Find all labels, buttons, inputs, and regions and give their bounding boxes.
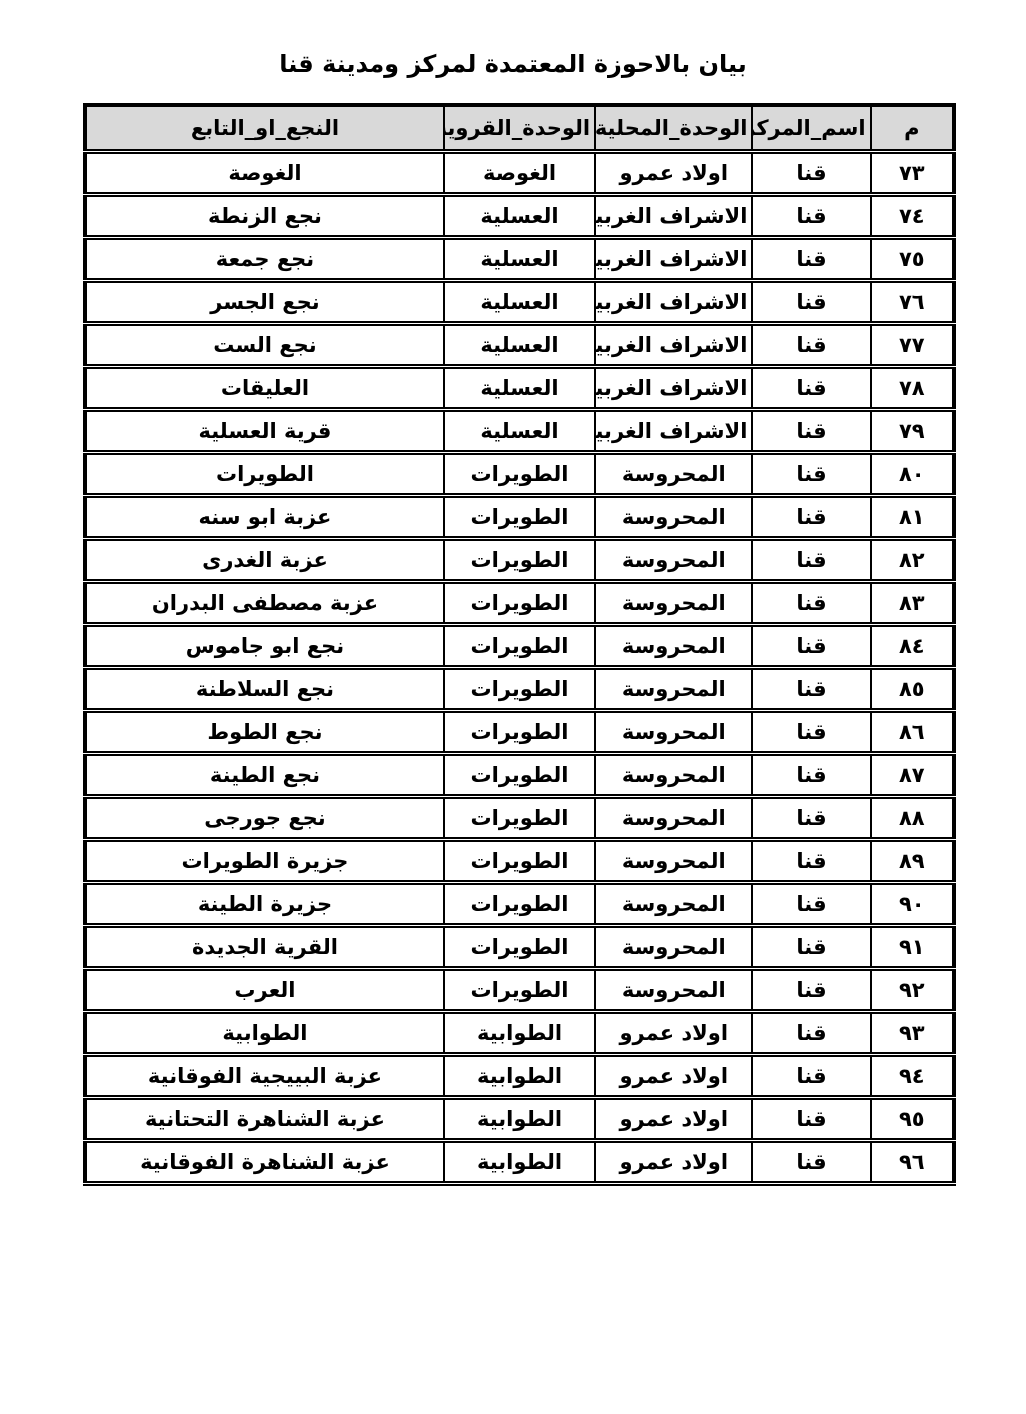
center-name-cell: قنا bbox=[752, 925, 870, 968]
table-row: ٩٤قنااولاد عمروالطوابيةعزبة البييجية الف… bbox=[85, 1054, 954, 1097]
hamlet-cell: نجع الزنطة bbox=[85, 194, 444, 237]
table-row: ٨٢قناالمحروسةالطويراتعزبة الغدرى bbox=[85, 538, 954, 581]
hamlet-cell: نجع الطينة bbox=[85, 753, 444, 796]
row-number-cell: ٨٦ bbox=[871, 710, 954, 753]
center-name-cell: قنا bbox=[752, 667, 870, 710]
table-row: ٩١قناالمحروسةالطويراتالقرية الجديدة bbox=[85, 925, 954, 968]
table-header-row: م اسم_المركز الوحدة_المحلية الوحدة_القرو… bbox=[85, 105, 954, 151]
hamlet-cell: نجع الجسر bbox=[85, 280, 444, 323]
hamlet-cell: جزيرة الطينة bbox=[85, 882, 444, 925]
village-unit-cell: الطويرات bbox=[444, 882, 595, 925]
village-unit-cell: الطوابية bbox=[444, 1140, 595, 1183]
row-number-cell: ٩٦ bbox=[871, 1140, 954, 1183]
center-name-cell: قنا bbox=[752, 194, 870, 237]
village-unit-cell: العسلية bbox=[444, 280, 595, 323]
col-header-village-unit: الوحدة_القروية bbox=[444, 105, 595, 151]
village-unit-cell: الطويرات bbox=[444, 538, 595, 581]
row-number-cell: ٩١ bbox=[871, 925, 954, 968]
row-number-cell: ٨٧ bbox=[871, 753, 954, 796]
local-unit-cell: المحروسة bbox=[595, 538, 752, 581]
table-row: ٧٦قناالاشراف الغربيةالعسليةنجع الجسر bbox=[85, 280, 954, 323]
row-number-cell: ٧٧ bbox=[871, 323, 954, 366]
table-row: ٨٦قناالمحروسةالطويراتنجع الطوط bbox=[85, 710, 954, 753]
hamlet-cell: نجع السلاطنة bbox=[85, 667, 444, 710]
village-unit-cell: العسلية bbox=[444, 194, 595, 237]
village-unit-cell: الطوابية bbox=[444, 1011, 595, 1054]
center-name-cell: قنا bbox=[752, 1011, 870, 1054]
hamlet-cell: نجع ابو جاموس bbox=[85, 624, 444, 667]
center-name-cell: قنا bbox=[752, 452, 870, 495]
center-name-cell: قنا bbox=[752, 237, 870, 280]
hamlet-cell: عزبة مصطفى البدران bbox=[85, 581, 444, 624]
local-unit-cell: اولاد عمرو bbox=[595, 1097, 752, 1140]
local-unit-cell: الاشراف الغربية bbox=[595, 409, 752, 452]
hamlet-cell: عزبة الشناهرة التحتانية bbox=[85, 1097, 444, 1140]
col-header-local-unit: الوحدة_المحلية bbox=[595, 105, 752, 151]
row-number-cell: ٨٥ bbox=[871, 667, 954, 710]
center-name-cell: قنا bbox=[752, 151, 870, 194]
local-unit-cell: المحروسة bbox=[595, 624, 752, 667]
center-name-cell: قنا bbox=[752, 882, 870, 925]
local-unit-cell: اولاد عمرو bbox=[595, 1054, 752, 1097]
center-name-cell: قنا bbox=[752, 968, 870, 1011]
row-number-cell: ٩٤ bbox=[871, 1054, 954, 1097]
village-unit-cell: العسلية bbox=[444, 237, 595, 280]
col-header-center-name: اسم_المركز bbox=[752, 105, 870, 151]
local-unit-cell: المحروسة bbox=[595, 495, 752, 538]
local-unit-cell: المحروسة bbox=[595, 925, 752, 968]
row-number-cell: ٨٤ bbox=[871, 624, 954, 667]
table-body: ٧٣قنااولاد عمروالغوصةالغوصة٧٤قناالاشراف … bbox=[85, 151, 954, 1183]
hamlet-cell: العليقات bbox=[85, 366, 444, 409]
table-row: ٧٣قنااولاد عمروالغوصةالغوصة bbox=[85, 151, 954, 194]
local-unit-cell: الاشراف الغربية bbox=[595, 194, 752, 237]
table-row: ٨٤قناالمحروسةالطويراتنجع ابو جاموس bbox=[85, 624, 954, 667]
table-row: ٧٩قناالاشراف الغربيةالعسليةقرية العسلية bbox=[85, 409, 954, 452]
village-unit-cell: العسلية bbox=[444, 409, 595, 452]
local-unit-cell: المحروسة bbox=[595, 753, 752, 796]
table-row: ٧٤قناالاشراف الغربيةالعسليةنجع الزنطة bbox=[85, 194, 954, 237]
table-row: ٧٥قناالاشراف الغربيةالعسليةنجع جمعة bbox=[85, 237, 954, 280]
center-name-cell: قنا bbox=[752, 323, 870, 366]
village-unit-cell: الطويرات bbox=[444, 495, 595, 538]
local-unit-cell: الاشراف الغربية bbox=[595, 237, 752, 280]
center-name-cell: قنا bbox=[752, 624, 870, 667]
hamlet-cell: الغوصة bbox=[85, 151, 444, 194]
village-unit-cell: الغوصة bbox=[444, 151, 595, 194]
center-name-cell: قنا bbox=[752, 538, 870, 581]
table-row: ٨٧قناالمحروسةالطويراتنجع الطينة bbox=[85, 753, 954, 796]
center-name-cell: قنا bbox=[752, 710, 870, 753]
local-unit-cell: المحروسة bbox=[595, 882, 752, 925]
row-number-cell: ٨٣ bbox=[871, 581, 954, 624]
table-row: ٨٨قناالمحروسةالطويراتنجع جورجى bbox=[85, 796, 954, 839]
local-unit-cell: المحروسة bbox=[595, 452, 752, 495]
table-row: ٩٠قناالمحروسةالطويراتجزيرة الطينة bbox=[85, 882, 954, 925]
hamlet-cell: عزبة الغدرى bbox=[85, 538, 444, 581]
hamlet-cell: نجع الطوط bbox=[85, 710, 444, 753]
local-unit-cell: الاشراف الغربية bbox=[595, 323, 752, 366]
village-unit-cell: الطويرات bbox=[444, 624, 595, 667]
village-unit-cell: الطويرات bbox=[444, 839, 595, 882]
table-row: ٨٩قناالمحروسةالطويراتجزيرة الطويرات bbox=[85, 839, 954, 882]
table-row: ٧٧قناالاشراف الغربيةالعسليةنجع الست bbox=[85, 323, 954, 366]
hamlet-cell: عزبة البييجية الفوقانية bbox=[85, 1054, 444, 1097]
row-number-cell: ٩٥ bbox=[871, 1097, 954, 1140]
local-unit-cell: المحروسة bbox=[595, 667, 752, 710]
table-row: ٩٢قناالمحروسةالطويراتالعرب bbox=[85, 968, 954, 1011]
village-unit-cell: الطويرات bbox=[444, 667, 595, 710]
local-unit-cell: المحروسة bbox=[595, 710, 752, 753]
row-number-cell: ٨٢ bbox=[871, 538, 954, 581]
table-row: ٨١قناالمحروسةالطويراتعزبة ابو سنه bbox=[85, 495, 954, 538]
village-unit-cell: العسلية bbox=[444, 323, 595, 366]
village-unit-cell: الطويرات bbox=[444, 753, 595, 796]
col-header-serial: م bbox=[871, 105, 954, 151]
row-number-cell: ٧٣ bbox=[871, 151, 954, 194]
center-name-cell: قنا bbox=[752, 495, 870, 538]
center-name-cell: قنا bbox=[752, 1054, 870, 1097]
local-unit-cell: اولاد عمرو bbox=[595, 1140, 752, 1183]
village-unit-cell: الطويرات bbox=[444, 710, 595, 753]
village-unit-cell: الطويرات bbox=[444, 968, 595, 1011]
village-unit-cell: الطوابية bbox=[444, 1054, 595, 1097]
local-unit-cell: المحروسة bbox=[595, 839, 752, 882]
village-unit-cell: العسلية bbox=[444, 366, 595, 409]
row-number-cell: ٨٠ bbox=[871, 452, 954, 495]
row-number-cell: ٩٢ bbox=[871, 968, 954, 1011]
center-name-cell: قنا bbox=[752, 1097, 870, 1140]
local-unit-cell: المحروسة bbox=[595, 968, 752, 1011]
row-number-cell: ٧٤ bbox=[871, 194, 954, 237]
col-header-hamlet: النجع_او_التابع bbox=[85, 105, 444, 151]
hamlet-cell: نجع جورجى bbox=[85, 796, 444, 839]
local-unit-cell: المحروسة bbox=[595, 581, 752, 624]
row-number-cell: ٧٥ bbox=[871, 237, 954, 280]
local-unit-cell: الاشراف الغربية bbox=[595, 366, 752, 409]
hoza-table: م اسم_المركز الوحدة_المحلية الوحدة_القرو… bbox=[83, 103, 956, 1186]
local-unit-cell: اولاد عمرو bbox=[595, 1011, 752, 1054]
village-unit-cell: الطوابية bbox=[444, 1097, 595, 1140]
hamlet-cell: نجع الست bbox=[85, 323, 444, 366]
row-number-cell: ٨١ bbox=[871, 495, 954, 538]
page-title: بيان بالاحوزة المعتمدة لمركز ومدينة قنا bbox=[0, 50, 1026, 78]
document-page: بيان بالاحوزة المعتمدة لمركز ومدينة قنا … bbox=[0, 0, 1026, 1414]
center-name-cell: قنا bbox=[752, 796, 870, 839]
row-number-cell: ٧٦ bbox=[871, 280, 954, 323]
local-unit-cell: المحروسة bbox=[595, 796, 752, 839]
table-row: ٧٨قناالاشراف الغربيةالعسليةالعليقات bbox=[85, 366, 954, 409]
hamlet-cell: الطويرات bbox=[85, 452, 444, 495]
row-number-cell: ٩٣ bbox=[871, 1011, 954, 1054]
row-number-cell: ٧٨ bbox=[871, 366, 954, 409]
row-number-cell: ٩٠ bbox=[871, 882, 954, 925]
village-unit-cell: الطويرات bbox=[444, 452, 595, 495]
row-number-cell: ٨٨ bbox=[871, 796, 954, 839]
table-row: ٨٥قناالمحروسةالطويراتنجع السلاطنة bbox=[85, 667, 954, 710]
village-unit-cell: الطويرات bbox=[444, 796, 595, 839]
center-name-cell: قنا bbox=[752, 280, 870, 323]
village-unit-cell: الطويرات bbox=[444, 581, 595, 624]
row-number-cell: ٧٩ bbox=[871, 409, 954, 452]
hamlet-cell: القرية الجديدة bbox=[85, 925, 444, 968]
hamlet-cell: نجع جمعة bbox=[85, 237, 444, 280]
hamlet-cell: العرب bbox=[85, 968, 444, 1011]
center-name-cell: قنا bbox=[752, 409, 870, 452]
center-name-cell: قنا bbox=[752, 839, 870, 882]
row-number-cell: ٨٩ bbox=[871, 839, 954, 882]
hamlet-cell: جزيرة الطويرات bbox=[85, 839, 444, 882]
table-row: ٩٥قنااولاد عمروالطوابيةعزبة الشناهرة الت… bbox=[85, 1097, 954, 1140]
table-row: ٨٠قناالمحروسةالطويراتالطويرات bbox=[85, 452, 954, 495]
center-name-cell: قنا bbox=[752, 366, 870, 409]
hamlet-cell: الطوابية bbox=[85, 1011, 444, 1054]
hamlet-cell: عزبة الشناهرة الفوقانية bbox=[85, 1140, 444, 1183]
village-unit-cell: الطويرات bbox=[444, 925, 595, 968]
local-unit-cell: الاشراف الغربية bbox=[595, 280, 752, 323]
local-unit-cell: اولاد عمرو bbox=[595, 151, 752, 194]
hamlet-cell: عزبة ابو سنه bbox=[85, 495, 444, 538]
table-row: ٨٣قناالمحروسةالطويراتعزبة مصطفى البدران bbox=[85, 581, 954, 624]
hamlet-cell: قرية العسلية bbox=[85, 409, 444, 452]
center-name-cell: قنا bbox=[752, 753, 870, 796]
table-row: ٩٦قنااولاد عمروالطوابيةعزبة الشناهرة الف… bbox=[85, 1140, 954, 1183]
center-name-cell: قنا bbox=[752, 581, 870, 624]
table-row: ٩٣قنااولاد عمروالطوابيةالطوابية bbox=[85, 1011, 954, 1054]
center-name-cell: قنا bbox=[752, 1140, 870, 1183]
